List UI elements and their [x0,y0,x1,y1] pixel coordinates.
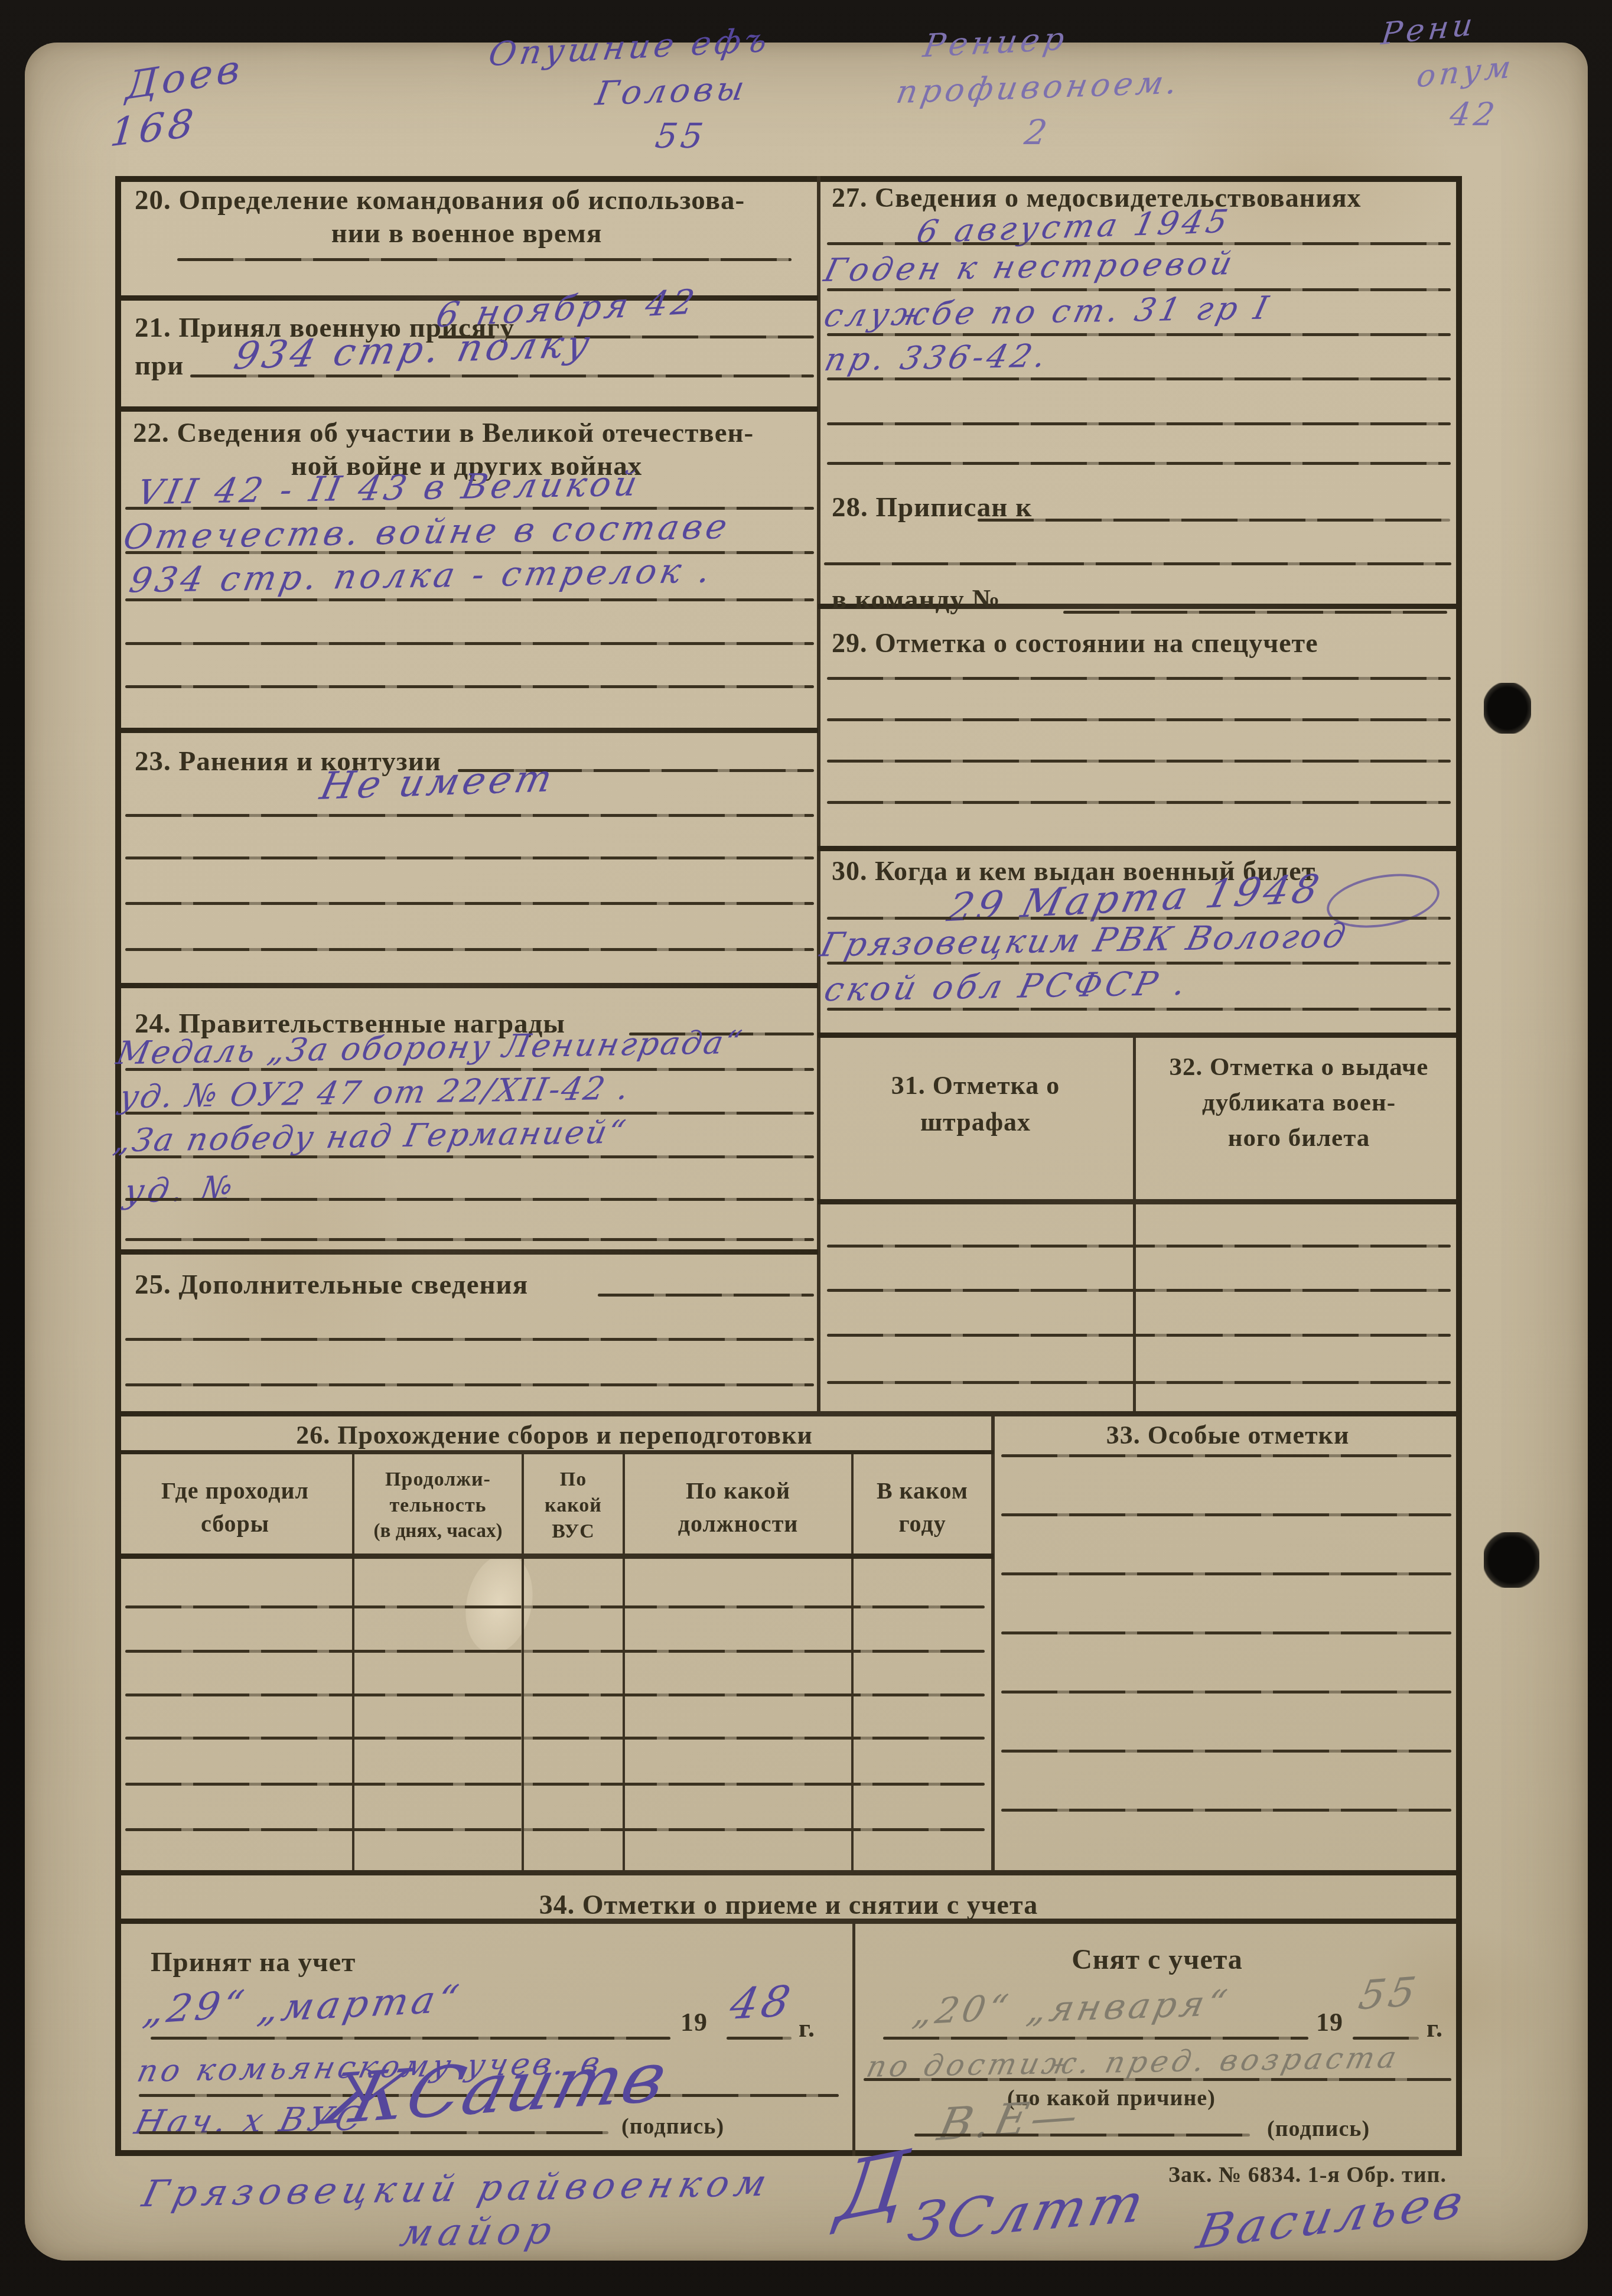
sec26-col3-header-line1: По [524,1468,623,1491]
rule-line [125,1383,814,1386]
printed-19-left: 19 [680,2007,708,2037]
section-34-title: 34. Отметки о приеме и снятии с учета [115,1889,1462,1920]
removal-signature: В.Е— [933,2089,1086,2151]
rule-line [598,1294,814,1297]
rule-line [139,2131,608,2134]
separator [115,983,818,988]
rule-line [1001,1750,1451,1753]
awards-handwriting-4: уд. № [122,1169,239,1211]
sec26-col3-header-line3: ВУС [524,1520,623,1543]
removed-year-handwriting: 55 [1355,1969,1422,2020]
rule-line [125,902,814,905]
rule-line [125,814,814,817]
rule-line [827,677,1451,680]
section-33-title: 33. Особые отметки [994,1420,1462,1450]
section-32-title-line1: 32. Отметка о выдаче [1136,1053,1462,1082]
rule-line [827,1289,1451,1292]
footer-flourish-signature: Д [832,2132,916,2240]
sec26-col1-header-line1: Где проходил [118,1477,352,1504]
registered-year-handwriting: 48 [726,1976,797,2028]
rule-line [125,1783,985,1786]
rule-line [827,422,1451,425]
rule-line [1063,611,1447,614]
section-20-title-line1: 20. Определение командования об использо… [135,184,745,216]
top-note-2-line2: Головы [592,70,751,113]
removed-month-handwriting: „января“ [1024,1982,1234,2031]
section-32-title-line3: ного билета [1136,1123,1462,1152]
rule-line [978,519,1450,522]
medical-handwriting-4: пр. 336-42. [821,337,1053,379]
rule-line [827,718,1451,721]
rule-line [125,1693,985,1696]
signature-label-left: (подпись) [621,2113,724,2139]
rule-line [177,258,792,261]
rule-line [914,2134,1250,2137]
sec26-col2-header-line1: Продолжи- [354,1468,522,1491]
rule-line [190,374,814,377]
sec26-col1-header-line2: сборы [118,1510,352,1538]
separator-full [115,1870,1462,1875]
section-26-title: 26. Прохождение сборов и переподготовки [115,1420,994,1450]
top-note-4-line3: 42 [1448,96,1501,133]
rule-line [125,642,814,645]
rule-line [727,2037,792,2040]
separator-full [115,1411,1462,1416]
printed-g-right: г. [1427,2013,1443,2043]
medical-handwriting-3: службе по ст. 31 гр I [820,289,1275,334]
rule-line [1001,1454,1451,1457]
rule-line [125,598,814,601]
rule-line [125,948,814,951]
registered-day-handwriting: „29“ [140,1982,250,2033]
top-note-2-line3: 55 [653,116,709,156]
section-22-title-line1: 22. Сведения об участии в Великой отечес… [133,417,754,449]
rule-line [125,1338,814,1341]
rule-line [827,333,1451,336]
rule-line [125,685,814,688]
separator [818,846,1462,851]
sec26-title-underline [115,1450,994,1454]
divider-sec26-sec33 [991,1411,995,1870]
rule-line [151,2037,670,2040]
sec26-col2-header-line3: (в днях, часах) [354,1520,522,1542]
rule-line [827,1334,1451,1337]
sec26-header-bottom [115,1554,994,1559]
removed-day-handwriting: „20“ [910,1987,1015,2033]
sec26-col2-header-line2: тельность [354,1494,522,1517]
sec26-col3-header-line2: какой [524,1494,623,1517]
section-28-label2: в команду № [832,584,1001,615]
scanned-military-registration-card: { "doc": { "notes": { "n1a": "Доев", "n1… [0,0,1612,2296]
rule-line [125,1605,985,1608]
signature-label-right: (подпись) [1267,2116,1370,2142]
rule-line [125,1650,985,1653]
sec26-col4-header-line2: должности [625,1510,851,1538]
section-25-label: 25. Дополнительные сведения [135,1269,528,1301]
rule-line [125,856,814,859]
rule-line [1001,1809,1451,1812]
section-31-title-line1: 31. Отметка о [818,1070,1133,1100]
rule-line [827,1008,1451,1011]
rule-line [1353,2037,1419,2040]
rule-line [827,377,1451,380]
rule-line [883,2037,1308,2040]
rule-line [827,962,1451,965]
punch-hole-top [1484,683,1531,734]
rule-line [125,1155,814,1158]
rule-line [827,462,1451,465]
rule-line [824,562,1451,565]
printed-g-left: г. [799,2013,815,2043]
ticket-issuer-handwriting-2: ской обл РСФСР . [820,965,1193,1009]
section-32-title-line2: дубликата воен- [1136,1088,1462,1117]
separator [818,1199,1462,1204]
rule-line [1001,1513,1451,1516]
separator [115,728,818,733]
section-29-title: 29. Отметка о состоянии на спецучете [832,627,1318,659]
rule-line [827,242,1451,245]
separator [818,1033,1462,1038]
rule-line [1001,1572,1451,1575]
rule-line [827,288,1451,291]
sec26-col5-header-line1: В каком [854,1477,991,1504]
rule-line [125,1112,814,1115]
section-31-title-line2: штрафах [818,1107,1133,1137]
footer-rank-handwriting: майор [396,2209,562,2256]
rule-line [827,1245,1451,1248]
rule-line [125,1238,814,1241]
rule-line [864,2078,1451,2081]
punch-hole-bottom [1484,1532,1539,1588]
sec26-col5-header-line2: году [854,1510,991,1538]
wounds-handwriting: Не имеет [316,757,559,809]
rule-line [125,1068,814,1071]
separator [115,1249,818,1255]
sec34-right-heading: Снят с учета [852,1943,1462,1976]
sec26-col4-header-line1: По какой [625,1477,851,1504]
rule-line [827,1381,1451,1384]
medical-handwriting-2: Годен к нестроевой [820,245,1239,289]
top-note-3-line1: Рениер [921,20,1071,65]
rule-line [125,1828,985,1831]
rule-line [125,1737,985,1740]
section-21-label2: при [135,350,184,382]
column-divider-main [817,176,820,1414]
sec34-left-heading: Принят на учет [151,1946,356,1978]
section-20-title-line2: нии в военное время [115,217,818,249]
printed-19-right: 19 [1316,2007,1343,2037]
rule-line [1001,1631,1451,1634]
rule-line [125,1198,814,1201]
rule-line [1001,1691,1451,1693]
separator [115,406,818,412]
rule-line [827,917,1451,920]
rule-line [827,760,1451,763]
rule-line [827,801,1451,804]
